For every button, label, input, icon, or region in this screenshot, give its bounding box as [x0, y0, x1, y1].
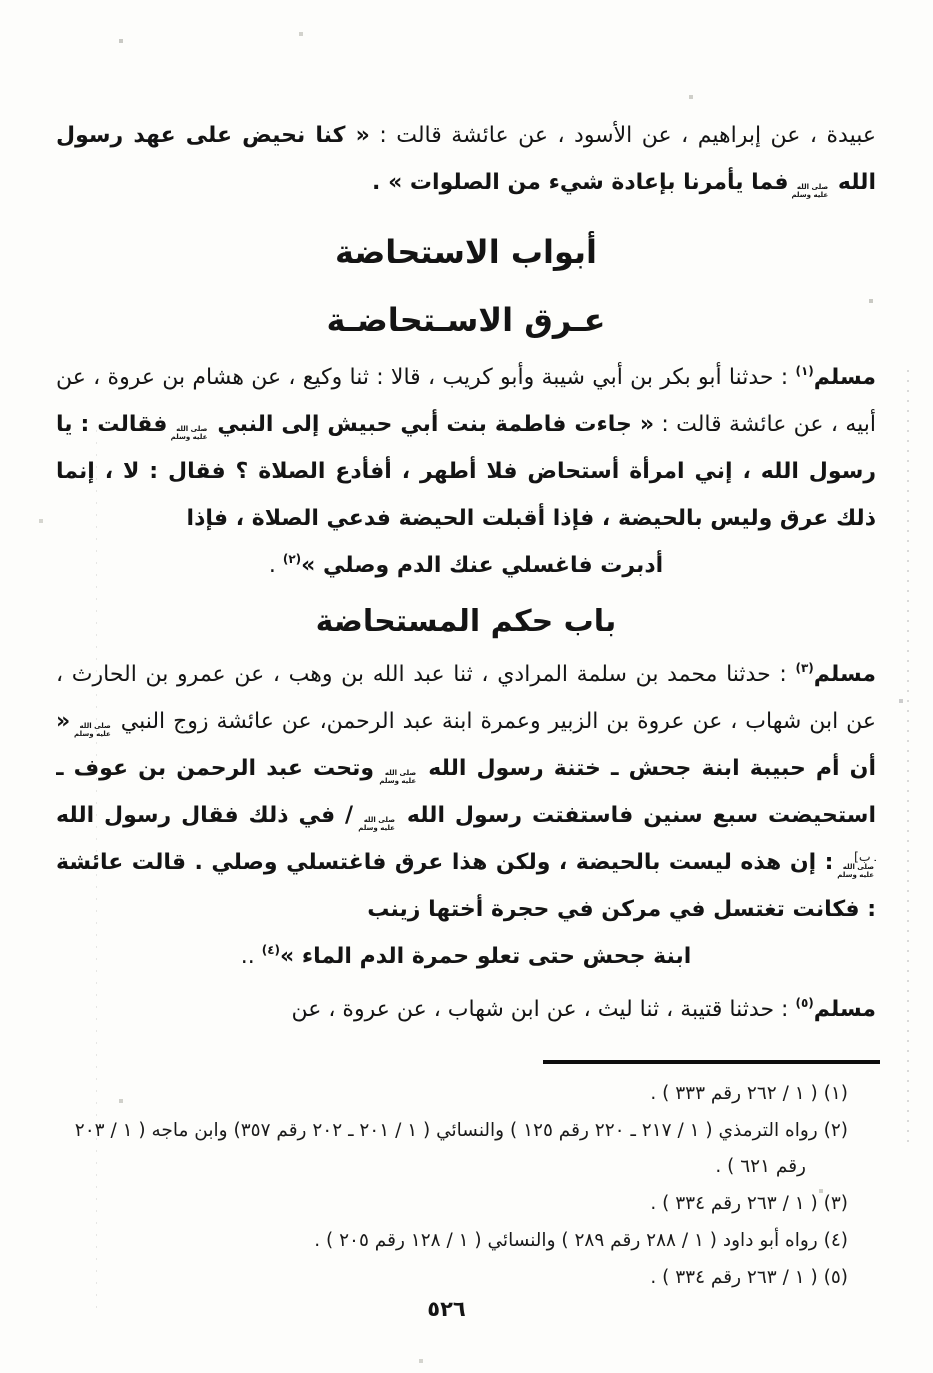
honorific-saw-icon: صلى اللهعليه وسلم	[798, 183, 828, 200]
book-page: عبيدة ، عن إبراهيم ، عن الأسود ، عن عائش…	[0, 0, 933, 1373]
paragraph-line-block: ابنة جحش حتى تعلو حمرة الدم الماء »(٤) .…	[56, 933, 876, 980]
honorific-saw-icon: صلى اللهعليه وسلم	[844, 863, 874, 880]
honorific-saw-icon: صلى اللهعليه وسلم	[81, 722, 111, 739]
footnote-separator-rule	[543, 1060, 880, 1064]
paragraph-line-block: مسلم(٣) : حدثنا محمد بن سلمة المرادي ، ث…	[56, 651, 876, 933]
footnote-ref: (٢)	[283, 552, 301, 566]
text-run: فما يأمرنا بإعادة شيء من الصلوات » .	[372, 170, 796, 195]
text-run: .	[269, 553, 283, 578]
paragraph-muslim-1: مسلم(١) : حدثنا أبو بكر بن أبي شيبة وأبو…	[56, 354, 876, 589]
text-run: / في ذلك فقال رسول الله	[56, 803, 363, 828]
footnote-ref: (١)	[795, 364, 813, 378]
text-run: « جاءت فاطمة بنت أبي حبيش إلى النبي	[209, 412, 654, 437]
page-number: ٥٢٦	[0, 1297, 893, 1321]
heading-chapter: أبواب الاستحاضة	[56, 230, 876, 274]
scan-artifact-line	[907, 370, 909, 1143]
footnotes-block: (١) ( ١ / ٢٦٢ رقم ٣٣٣ ) .(٢) رواه الترمذ…	[56, 1076, 876, 1297]
scan-specks	[0, 0, 2, 2]
text-run: ..	[241, 944, 262, 969]
paragraph-line-block: أدبرت فاغسلي عنك الدم وصلي »(٢) .	[56, 542, 876, 589]
footnote: (١) ( ١ / ٢٦٢ رقم ٣٣٣ ) .	[56, 1076, 848, 1112]
text-run: مسلم	[814, 662, 876, 687]
honorific-saw-icon: صلى اللهعليه وسلم	[177, 425, 207, 442]
honorific-saw-icon: صلى اللهعليه وسلم	[365, 816, 395, 833]
footnote: (٣) ( ١ / ٢٦٣ رقم ٣٣٤ ) .	[56, 1186, 848, 1222]
footnote: (٢) رواه الترمذي ( ١ / ٢١٧ ـ ٢٢٠ رقم ١٢٥…	[56, 1113, 848, 1185]
text-run: أدبرت فاغسلي عنك الدم وصلي »	[301, 553, 663, 578]
text-run: مسلم	[814, 997, 876, 1022]
text-run: مسلم	[814, 365, 876, 390]
heading-bab: باب حكم المستحاضة	[56, 601, 876, 643]
text-run: : حدثنا قتيبة ، ثنا ليث ، عن ابن شهاب ، …	[291, 997, 795, 1022]
honorific-saw-icon: صلى اللهعليه وسلم	[386, 769, 416, 786]
paragraph-muslim-5: مسلم(٥) : حدثنا قتيبة ، ثنا ليث ، عن ابن…	[56, 986, 876, 1033]
paragraph-muslim-3: مسلم(٣) : حدثنا محمد بن سلمة المرادي ، ث…	[56, 651, 876, 980]
footnote-ref: (٤)	[262, 943, 280, 957]
footnote-ref: (٣)	[795, 661, 813, 675]
text-run: : إن هذه ليست بالحيضة ، ولكن هذا عرق فاغ…	[56, 850, 876, 922]
paragraph-line-block: مسلم(١) : حدثنا أبو بكر بن أبي شيبة وأبو…	[56, 354, 876, 542]
top-margin	[56, 0, 876, 112]
text-run: عبيدة ، عن إبراهيم ، عن الأسود ، عن عائش…	[370, 123, 876, 148]
folio-margin-note: [١/ق١٦٧ ـ ب]	[854, 849, 876, 864]
paragraph-muslim-3-wrap: مسلم(٣) : حدثنا محمد بن سلمة المرادي ، ث…	[56, 651, 876, 980]
paragraph-line-block: مسلم(٥) : حدثنا قتيبة ، ثنا ليث ، عن ابن…	[56, 986, 876, 1033]
footnote-ref: (٥)	[795, 996, 813, 1010]
page-body: عبيدة ، عن إبراهيم ، عن الأسود ، عن عائش…	[56, 0, 876, 1054]
text-run: ابنة جحش حتى تعلو حمرة الدم الماء »	[280, 944, 691, 969]
footnote: (٤) رواه أبو داود ( ١ / ٢٨٨ رقم ٢٨٩ ) وا…	[56, 1223, 848, 1259]
footnote: (٥) ( ١ / ٢٦٣ رقم ٣٣٤ ) .	[56, 1260, 848, 1296]
paragraph-line-block: عبيدة ، عن إبراهيم ، عن الأسود ، عن عائش…	[56, 112, 876, 206]
paragraph-continuation: عبيدة ، عن إبراهيم ، عن الأسود ، عن عائش…	[56, 112, 876, 206]
text-run: : حدثنا محمد بن سلمة المرادي ، ثنا عبد ا…	[56, 662, 876, 734]
heading-section: عـرق الاسـتحاضـة	[56, 298, 876, 342]
